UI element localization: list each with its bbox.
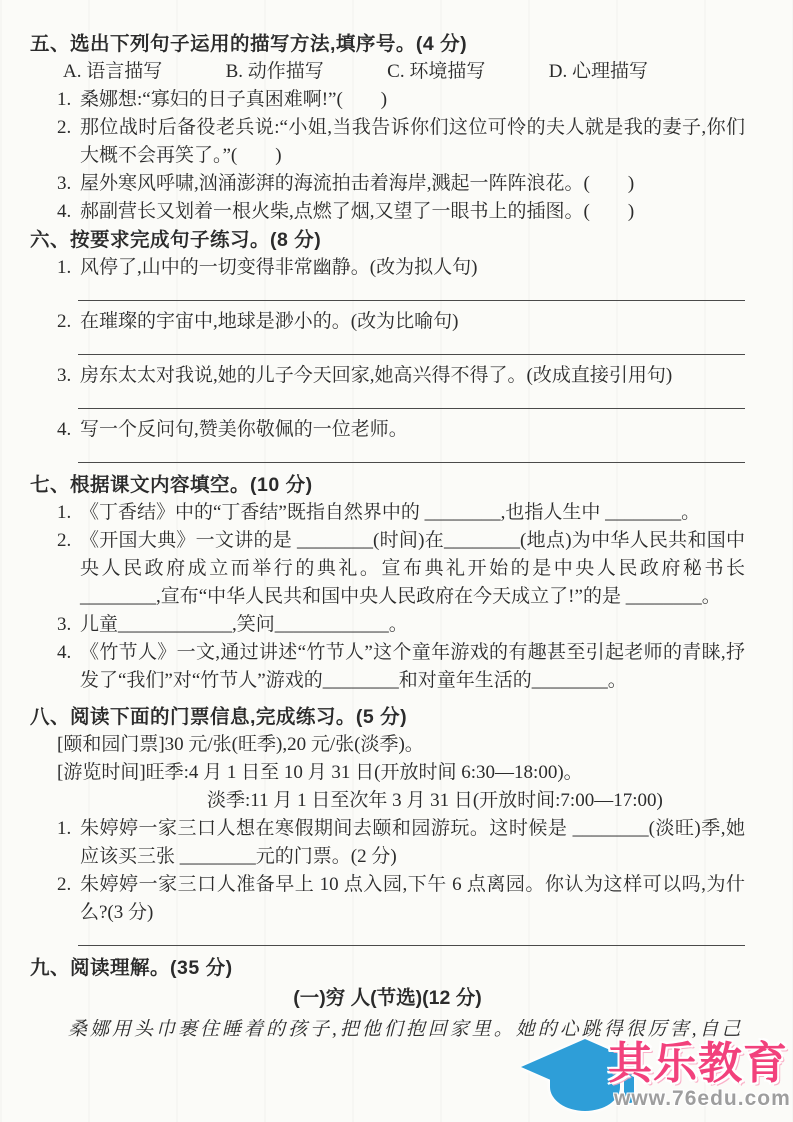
question-number: 4.	[57, 416, 80, 444]
question-item: 4. 《竹节人》一文,通过讲述“竹节人”这个童年游戏的有趣甚至引起老师的青睐,抒…	[57, 639, 745, 695]
question-item: 1. 朱婷婷一家三口人想在寒假期间去颐和园游玩。这时候是 ________(淡旺…	[57, 815, 745, 871]
answer-line	[78, 927, 745, 946]
question-item: 1. 《丁香结》中的“丁香结”既指自然界中的 ________,也指人生中 __…	[57, 499, 745, 527]
question-number: 2.	[57, 114, 80, 170]
question-item: 4. 郝副营长又划着一根火柴,点燃了烟,又望了一眼书上的插图。( )	[57, 198, 745, 226]
question-number: 2.	[57, 527, 80, 611]
option-a: A. 语言描写	[63, 58, 162, 86]
question-number: 2.	[57, 871, 80, 927]
option-d: D. 心理描写	[549, 58, 648, 86]
question-item: 4. 写一个反问句,赞美你敬佩的一位老师。	[57, 416, 745, 444]
section-5: 五、选出下列句子运用的描写方法,填序号。(4 分) A. 语言描写 B. 动作描…	[30, 30, 745, 226]
section-6-heading: 六、按要求完成句子练习。(8 分)	[30, 226, 745, 254]
question-text: 《竹节人》一文,通过讲述“竹节人”这个童年游戏的有趣甚至引起老师的青睐,抒发了“…	[80, 639, 745, 695]
question-number: 4.	[57, 198, 80, 226]
ticket-info-price: [颐和园门票]30 元/张(旺季),20 元/张(淡季)。	[57, 731, 745, 759]
question-number: 1.	[57, 815, 80, 871]
question-number: 3.	[57, 362, 80, 390]
section-9-heading: 九、阅读理解。(35 分)	[30, 954, 745, 982]
question-item: 1. 桑娜想:“寡妇的日子真困难啊!”( )	[57, 86, 745, 114]
question-text: 房东太太对我说,她的儿子今天回家,她高兴得不得了。(改成直接引用句)	[80, 362, 745, 390]
section-8-heading: 八、阅读下面的门票信息,完成练习。(5 分)	[30, 703, 745, 731]
question-item: 3. 屋外寒风呼啸,汹涌澎湃的海流拍击着海岸,溅起一阵阵浪花。( )	[57, 170, 745, 198]
question-text: 屋外寒风呼啸,汹涌澎湃的海流拍击着海岸,溅起一阵阵浪花。( )	[80, 170, 745, 198]
question-item: 2. 《开国大典》一文讲的是 ________(时间)在________(地点)…	[57, 527, 745, 611]
answer-line	[78, 336, 745, 355]
question-item: 2. 在璀璨的宇宙中,地球是渺小的。(改为比喻句)	[57, 308, 745, 336]
question-number: 3.	[57, 611, 80, 639]
question-text: 朱婷婷一家三口人准备早上 10 点入园,下午 6 点离园。你认为这样可以吗,为什…	[80, 871, 745, 927]
option-c: C. 环境描写	[387, 58, 485, 86]
section-9: 九、阅读理解。(35 分) (一)穷 人(节选)(12 分) 桑娜用头巾裹住睡着…	[30, 954, 745, 1044]
answer-line	[78, 390, 745, 409]
question-number: 2.	[57, 308, 80, 336]
question-text: 风停了,山中的一切变得非常幽静。(改为拟人句)	[80, 254, 745, 282]
question-text: 郝副营长又划着一根火柴,点燃了烟,又望了一眼书上的插图。( )	[80, 198, 745, 226]
reading-passage-title: (一)穷 人(节选)(12 分)	[30, 984, 745, 1012]
question-item: 2. 那位战时后备役老兵说:“小姐,当我告诉你们这位可怜的夫人就是我的妻子,你们…	[57, 114, 745, 170]
watermark-brand: 其乐教育	[608, 1040, 788, 1088]
exam-page: 五、选出下列句子运用的描写方法,填序号。(4 分) A. 语言描写 B. 动作描…	[0, 0, 793, 1044]
section-6: 六、按要求完成句子练习。(8 分) 1. 风停了,山中的一切变得非常幽静。(改为…	[30, 226, 745, 463]
section-8: 八、阅读下面的门票信息,完成练习。(5 分) [颐和园门票]30 元/张(旺季)…	[30, 703, 745, 946]
section-5-options: A. 语言描写 B. 动作描写 C. 环境描写 D. 心理描写	[63, 58, 648, 86]
question-item: 3. 儿童____________,笑问____________。	[57, 611, 745, 639]
question-item: 2. 朱婷婷一家三口人准备早上 10 点入园,下午 6 点离园。你认为这样可以吗…	[57, 871, 745, 927]
question-number: 1.	[57, 86, 80, 114]
question-text: 在璀璨的宇宙中,地球是渺小的。(改为比喻句)	[80, 308, 745, 336]
question-text: 朱婷婷一家三口人想在寒假期间去颐和园游玩。这时候是 ________(淡旺)季,…	[80, 815, 745, 871]
question-text: 《开国大典》一文讲的是 ________(时间)在________(地点)为中华…	[80, 527, 745, 611]
watermark-url: www.76edu.com	[614, 1087, 791, 1111]
ticket-info-peak-hours: [游览时间]旺季:4 月 1 日至 10 月 31 日(开放时间 6:30—18…	[57, 759, 745, 787]
question-item: 1. 风停了,山中的一切变得非常幽静。(改为拟人句)	[57, 254, 745, 282]
question-text: 儿童____________,笑问____________。	[80, 611, 745, 639]
question-number: 3.	[57, 170, 80, 198]
answer-line	[78, 282, 745, 301]
question-number: 1.	[57, 254, 80, 282]
section-7: 七、根据课文内容填空。(10 分) 1. 《丁香结》中的“丁香结”既指自然界中的…	[30, 471, 745, 695]
question-text: 写一个反问句,赞美你敬佩的一位老师。	[80, 416, 745, 444]
option-b: B. 动作描写	[226, 58, 324, 86]
question-text: 那位战时后备役老兵说:“小姐,当我告诉你们这位可怜的夫人就是我的妻子,你们大概不…	[80, 114, 745, 170]
question-text: 桑娜想:“寡妇的日子真困难啊!”( )	[80, 86, 745, 114]
question-number: 4.	[57, 639, 80, 695]
question-text: 《丁香结》中的“丁香结”既指自然界中的 ________,也指人生中 _____…	[80, 499, 745, 527]
section-7-heading: 七、根据课文内容填空。(10 分)	[30, 471, 745, 499]
answer-line	[78, 444, 745, 463]
question-number: 1.	[57, 499, 80, 527]
ticket-info-offseason-hours: 淡季:11 月 1 日至次年 3 月 31 日(开放时间:7:00—17:00)	[207, 787, 745, 815]
question-item: 3. 房东太太对我说,她的儿子今天回家,她高兴得不得了。(改成直接引用句)	[57, 362, 745, 390]
section-5-heading: 五、选出下列句子运用的描写方法,填序号。(4 分)	[30, 30, 745, 58]
